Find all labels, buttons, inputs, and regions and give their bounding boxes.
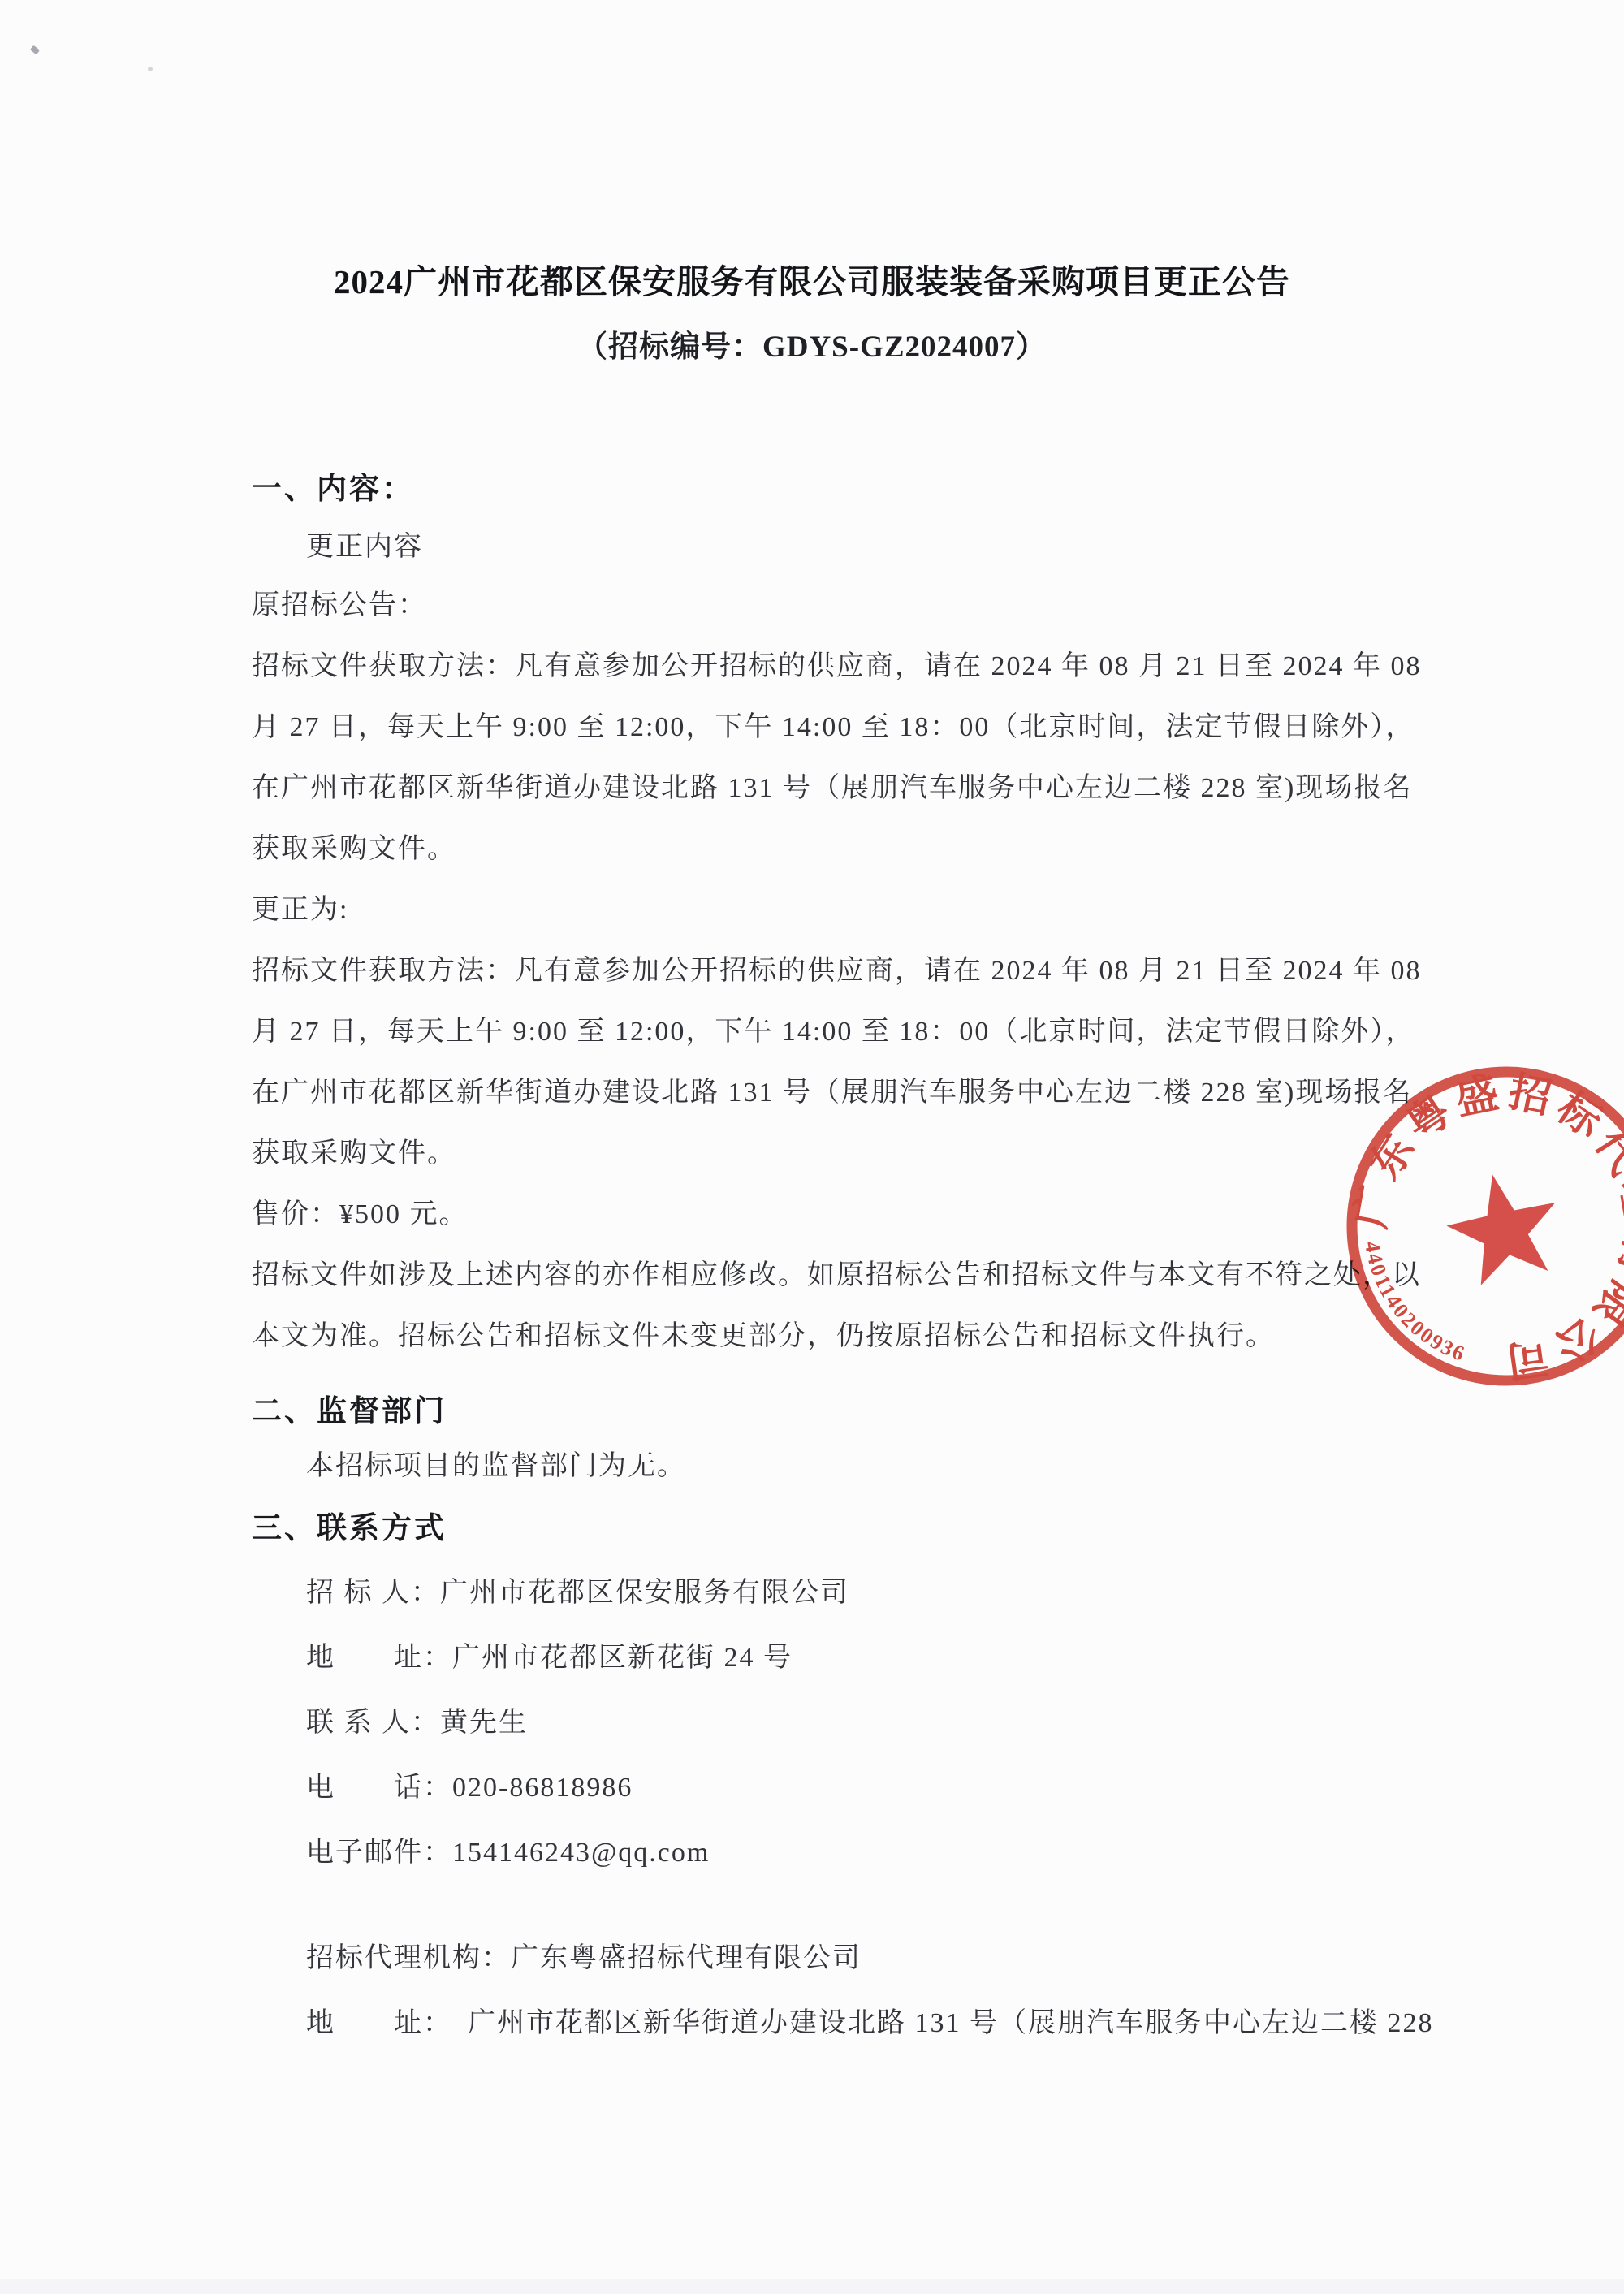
contact-person-line: 联 系 人：黄先生: [306, 1704, 528, 1743]
supervision-body: 本招标项目的监督部门为无。: [306, 1447, 686, 1486]
original-para-line: 招标文件获取方法：凡有意参加公开招标的供应商，请在 2024 年 08 月 21…: [252, 647, 1422, 686]
original-para-line: 月 27 日，每天上午 9:00 至 12:00，下午 14:00 至 18：0…: [252, 708, 1415, 747]
seal-star-icon: [1438, 1163, 1569, 1290]
scan-speck: [30, 45, 40, 55]
phone-line: 电 话：020-86818986: [306, 1769, 633, 1808]
corrected-para-line: 月 27 日，每天上午 9:00 至 12:00，下午 14:00 至 18：0…: [252, 1013, 1415, 1052]
company-seal-stamp: 广东粤盛招标代理有限公司 4401140200936: [1344, 1065, 1624, 1390]
section1-heading: 一、内容：: [252, 469, 414, 508]
correction-content-label: 更正内容: [306, 528, 423, 567]
note-line: 招标文件如涉及上述内容的亦作相应修改。如原招标公告和招标文件与本文有不符之处，以: [252, 1256, 1421, 1295]
scanned-document-page: 2024广州市花都区保安服务有限公司服装装备采购项目更正公告 （招标编号：GDY…: [0, 0, 1624, 2294]
tenderer-line: 招 标 人：广州市花都区保安服务有限公司: [306, 1574, 849, 1613]
seal-company-ring-text: 广东粤盛招标代理有限公司: [1347, 1069, 1624, 1385]
price-line: 售价：¥500 元。: [252, 1195, 469, 1234]
section3-heading: 三、联系方式: [252, 1509, 447, 1548]
document-title: 2024广州市花都区保安服务有限公司服装装备采购项目更正公告: [0, 255, 1624, 303]
corrected-para-line: 在广州市花都区新华街道办建设北路 131 号（展朋汽车服务中心左边二楼 228 …: [252, 1074, 1412, 1112]
corrected-para-line: 招标文件获取方法：凡有意参加公开招标的供应商，请在 2024 年 08 月 21…: [252, 952, 1422, 991]
original-announcement-label: 原招标公告：: [252, 586, 427, 625]
changed-to-label: 更正为:: [252, 891, 348, 930]
tender-number-subtitle: （招标编号：GDYS-GZ2024007）: [0, 322, 1624, 365]
scan-edge-band: [0, 2279, 1624, 2294]
seal-ring: [1352, 1072, 1624, 1380]
agency-address-line: 地 址： 广州市花都区新华街道办建设北路 131 号（展朋汽车服务中心左边二楼 …: [306, 2004, 1434, 2043]
scan-speck: [148, 67, 153, 71]
original-para-line: 获取采购文件。: [252, 830, 456, 869]
tenderer-address-line: 地 址：广州市花都区新花街 24 号: [306, 1639, 793, 1678]
agency-line: 招标代理机构：广东粤盛招标代理有限公司: [306, 1939, 862, 1978]
note-line: 本文为准。招标公告和招标文件未变更部分，仍按原招标公告和招标文件执行。: [252, 1317, 1275, 1356]
email-line: 电子邮件：154146243@qq.com: [306, 1834, 710, 1873]
corrected-para-line: 获取采购文件。: [252, 1134, 456, 1173]
original-para-line: 在广州市花都区新华街道办建设北路 131 号（展朋汽车服务中心左边二楼 228 …: [252, 769, 1412, 808]
section2-heading: 二、监督部门: [252, 1392, 447, 1431]
